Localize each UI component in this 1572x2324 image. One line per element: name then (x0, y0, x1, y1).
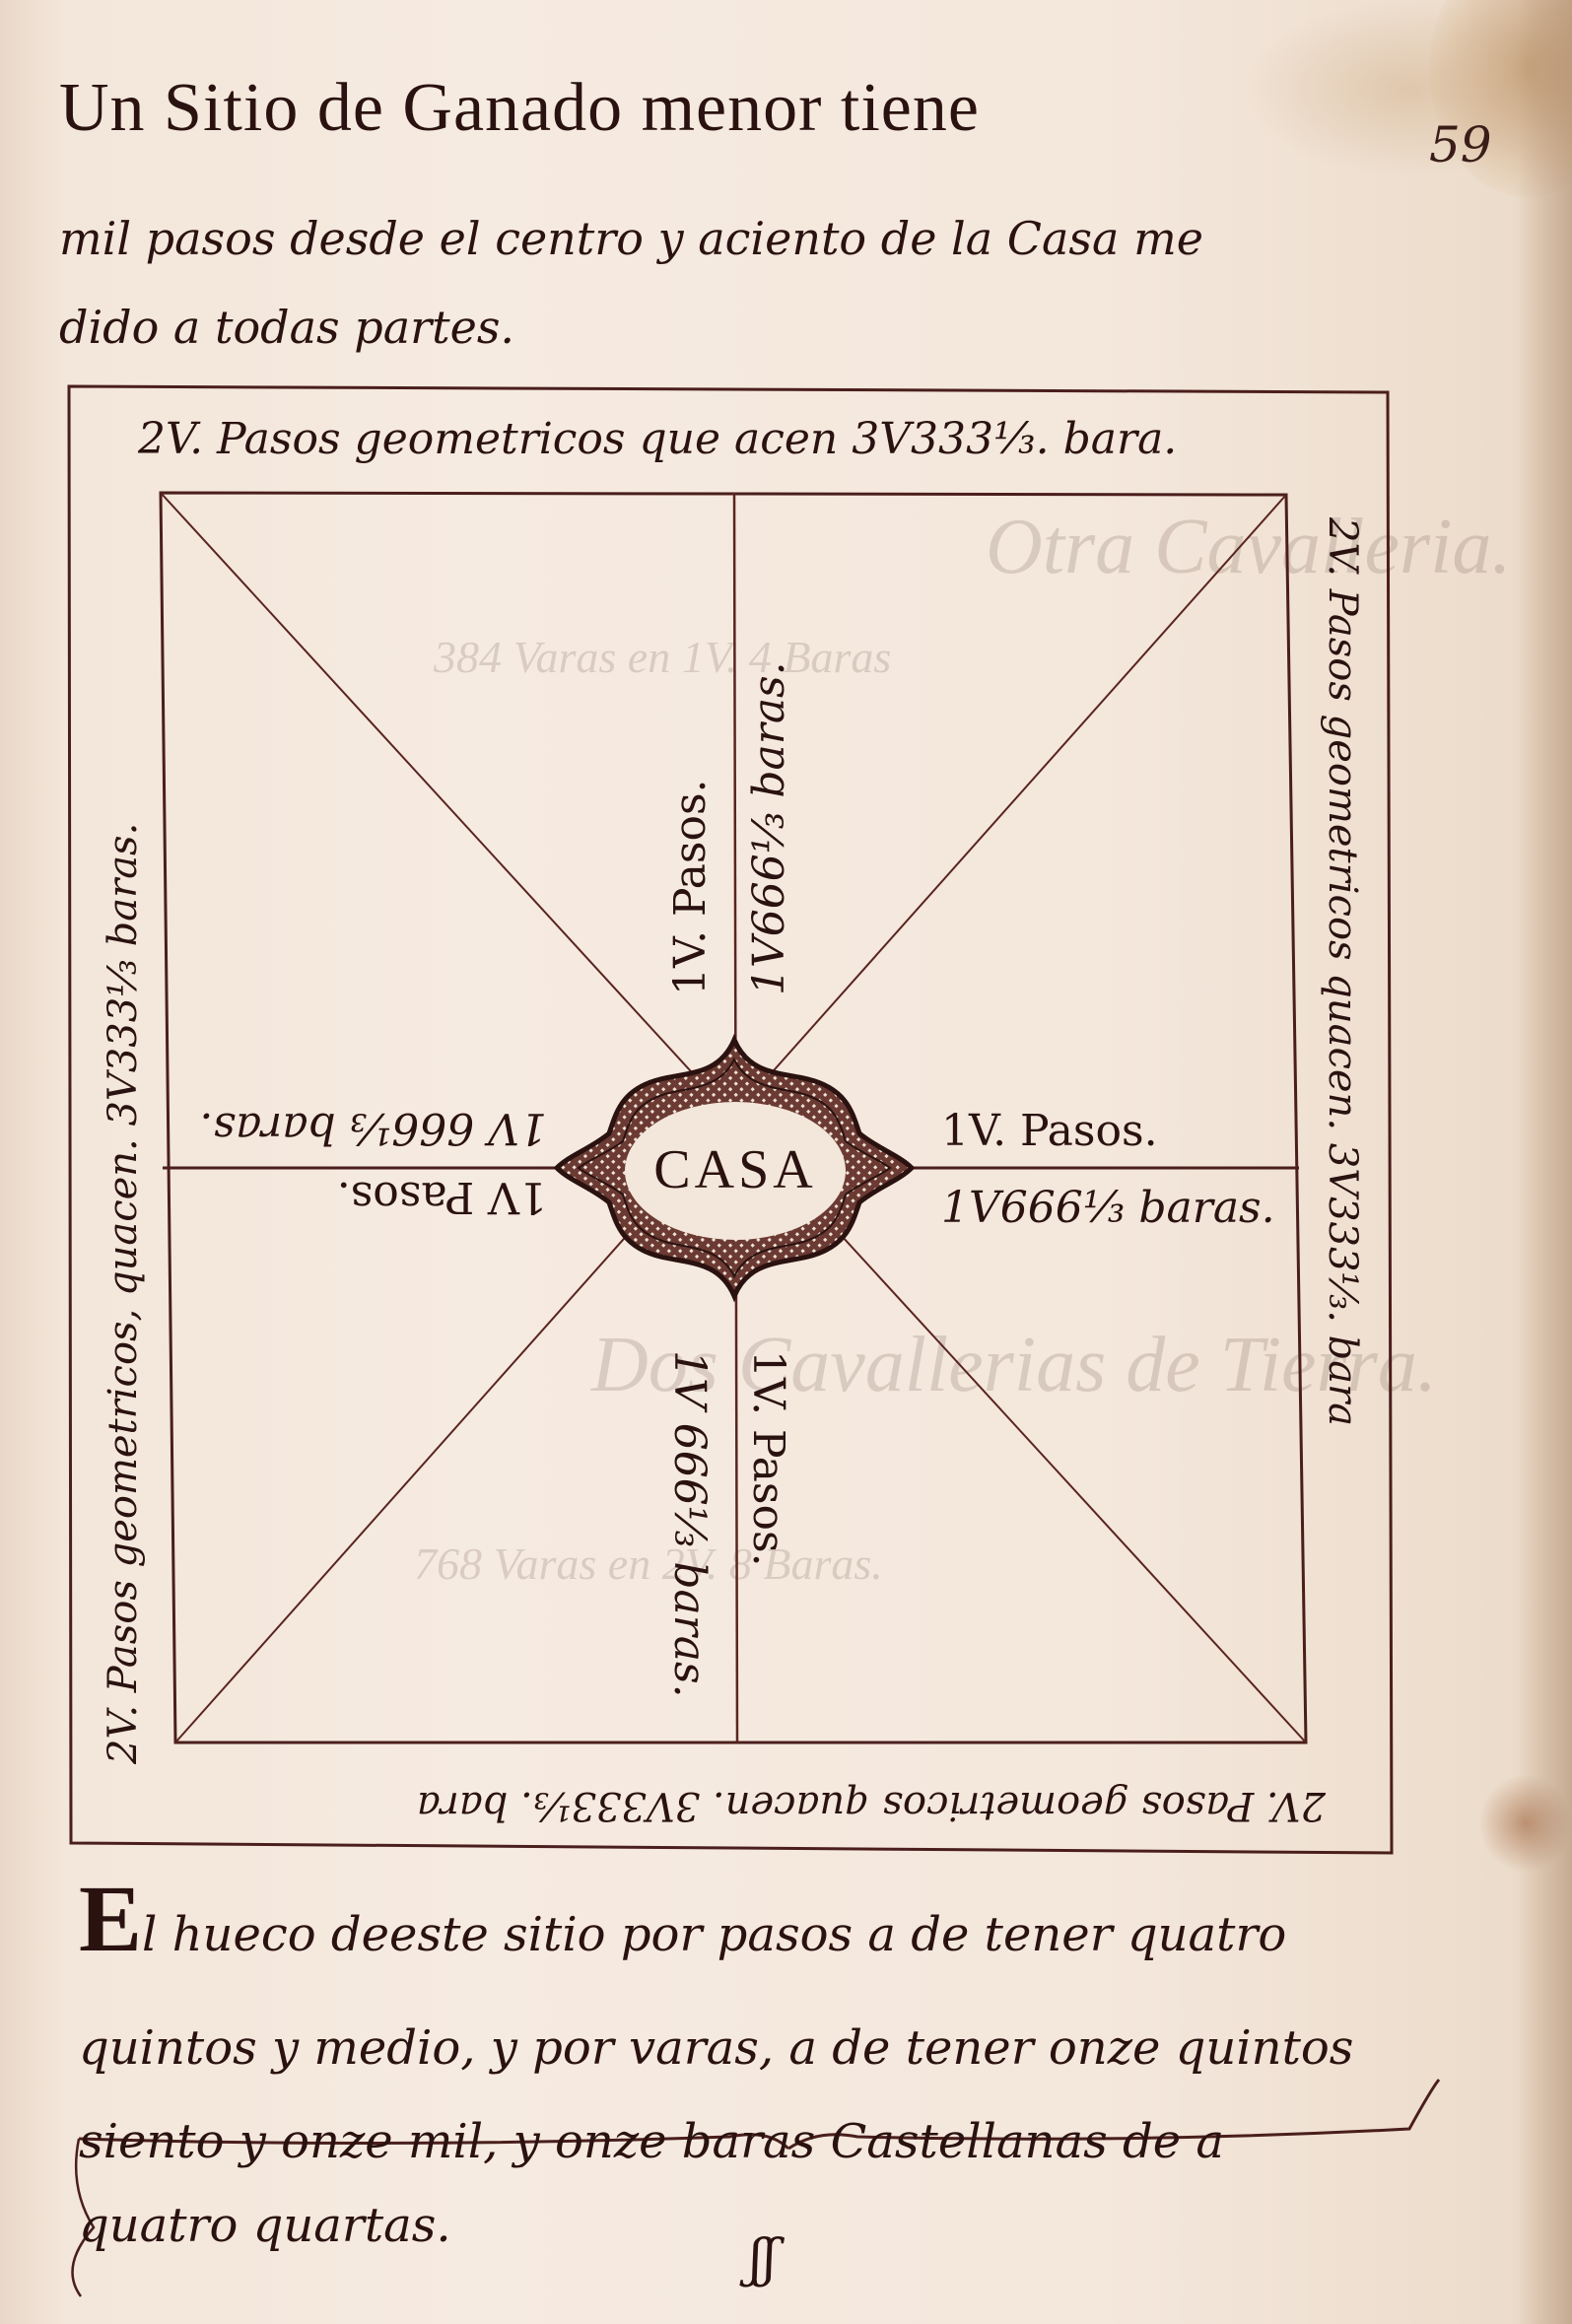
paragraph-text: l hueco deeste sitio por pasos a de tene… (142, 1907, 1286, 1962)
north-baras-label: 1V666⅓ baras. (744, 661, 794, 995)
right-side-label: 2V. Pasos geometricos quacen. 3V333⅓. ba… (1320, 517, 1365, 1426)
west-pasos-label: 1V Pasos. (337, 1172, 547, 1222)
north-pasos-label: 1V. Pasos. (665, 779, 716, 995)
paragraph-line-2: quintos y medio, y por varas, a de tener… (79, 2020, 1353, 2076)
south-pasos-label: 1V. Pasos. (743, 1350, 793, 1567)
left-side-label: 2V. Pasos geometricos, quacen. 3V333⅓ ba… (101, 823, 146, 1764)
west-baras-label: 1V 666⅓ baras. (199, 1103, 547, 1153)
bottom-side-label: 2V. Pasos geometricos quacen. 3V333⅓. ba… (417, 1783, 1326, 1828)
end-flourish: ʃʃ (749, 2229, 777, 2289)
paragraph-line-1: El hueco deeste sitio por pasos a de ten… (79, 1907, 1286, 1962)
top-side-label: 2V. Pasos geometricos que acen 3V333⅓. b… (138, 414, 1177, 464)
south-baras-label: 1V 666⅓ baras. (664, 1350, 715, 1698)
dropcap: E (79, 1866, 142, 1971)
casa-label: CASA (631, 1138, 840, 1201)
paragraph-line-4: quatro quartas. (79, 2198, 451, 2253)
east-pasos-label: 1V. Pasos. (941, 1106, 1158, 1156)
paragraph-line-3: siento y onze mil, y onze baras Castella… (79, 2114, 1224, 2169)
east-baras-label: 1V666⅓ baras. (941, 1183, 1275, 1233)
